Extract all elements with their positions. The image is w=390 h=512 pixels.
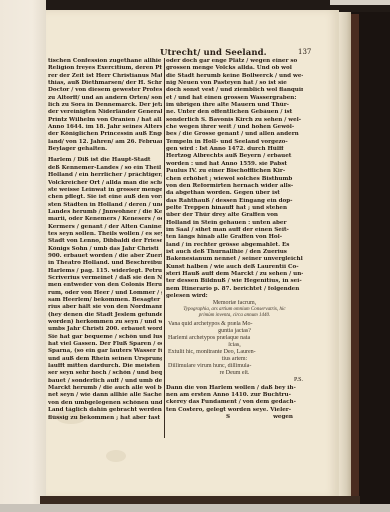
text-line: rer der Zeit ist Herr Christianus Mat-	[48, 73, 162, 80]
text-line: im Saal / sihet man auff der einen Seit-	[166, 227, 303, 234]
text-line: nen am ersten Anno 1410. zur Buchtru-	[166, 392, 303, 399]
epitaph-verse: Extulit hic, monſtrante Deo, Lauren-	[166, 349, 303, 356]
text-line: Doctor / von diesem gewester Professor	[48, 87, 162, 94]
text-line: worden : und hat Anno 1559. sie Pabst	[166, 161, 303, 168]
left-column: tischen Confession zugethane allhie ihre…	[48, 58, 162, 422]
epitaph-verse: guntia jactas?	[166, 328, 303, 335]
text-line: das Rahthauß / dessen Eingang ein dop-	[166, 198, 303, 205]
text-line: chen erhöhet ; wiewol solches Bisthumb	[166, 176, 303, 183]
text-line: pelte Treppen hinauff hat ; und stehen	[166, 205, 303, 212]
text-line: flüssig zu bekommen ; hat aber fast kein…	[48, 415, 162, 422]
text-line: Tempeln in Holl- und Seeland vorgezo-	[166, 139, 303, 146]
text-line: deß Kennemer-Landes / so ein Theil von	[48, 165, 162, 172]
text-line: doch sonst vest / und ziemblich wol flan…	[166, 87, 303, 94]
catchword: wegen	[273, 414, 293, 421]
epitaph-title: Memoriæ facrum,	[166, 300, 303, 307]
epitaph-verse: re Deum eſt.	[166, 370, 303, 377]
text-line: thias, auß Diethmarsen/ der H. Schrifft	[48, 80, 162, 87]
text-line: der Königlichen Princessin auß Engel-	[48, 131, 162, 138]
text-line: Printz Wilhelm von Oranien / hat allhie	[48, 117, 162, 124]
text-line: tes seyn sollen. Theils wollen / es seye…	[48, 231, 162, 238]
epitaph-verse: tius artem:	[166, 356, 303, 363]
catch-row: S wegen	[166, 414, 303, 421]
epitaph-subtitle: Typographia, ars artium omnium Conservat…	[166, 307, 303, 319]
text-line: umbs Jahr Christi 200. erbauet worden.	[48, 326, 162, 333]
text-line: Landes herumb / Jnnwohner / die Kene-	[48, 209, 162, 216]
text-line: sten Städten in Holland / deren / und de…	[48, 202, 162, 209]
text-line: gen wird : Ist Anno 1472. durch Hülff	[166, 146, 303, 153]
text-line: 900. erbauet worden / die aber Zuerius,	[48, 253, 162, 260]
text-line: Bakenesianum nennet / seiner unvergleich…	[166, 256, 303, 263]
text-line: Land täglich dahin gebracht werden / übe…	[48, 407, 162, 414]
text-line: steri Hauß auff dem Marckt / zu sehen / …	[166, 271, 303, 278]
text-line: ist auch deß Thurnallhie / den Zuerius	[166, 249, 303, 256]
text-line: bauet / sonderlich auff / und umb den	[48, 378, 162, 385]
book-cover-edge	[351, 14, 359, 500]
text-line: nig Neuen von Pasteyen hat / so ist sie	[166, 80, 303, 87]
closing-paragraph: Dann die von Harlem wollen / daß bey ih-…	[166, 385, 303, 414]
text-line: Holland in Stein gehauen : unten aber	[166, 220, 303, 227]
epitaph-verse: Vana quid archetypos & præla Mo-	[166, 321, 303, 328]
page-block-edge	[339, 12, 351, 498]
text-line: land / in rechter grösse abgemahlet. Es	[166, 242, 303, 249]
text-line: die Stadt herumb keine Bollwerck / und w…	[166, 73, 303, 80]
text-line: net seyn / wie dann allhie alle Sachen /…	[48, 392, 162, 399]
book-bottom-board	[40, 496, 360, 504]
text-line: Hertzog Albrechts auß Beyern / erbauet	[166, 153, 303, 160]
text-line: im übrigen ihre alte Mauern und Thür-	[166, 102, 303, 109]
right-column-body: oder doch gar enge Plätz / wegen einer s…	[166, 58, 303, 300]
text-line: Königs Sohn / umb das Jahr Christi	[48, 246, 162, 253]
text-line: zu Altorff/ und an andern Orten/ sonder-	[48, 95, 162, 102]
text-line: von den Reformirten hernach wider alls-	[166, 183, 303, 190]
text-line: Dann die von Harlem wollen / daß bey ih-	[166, 385, 303, 392]
text-line: lich zu Sora in Dennemarck. Der jetzige	[48, 102, 162, 109]
text-line: oder doch gar enge Plätz / wegen einer s…	[166, 58, 303, 65]
text-line: und auß dem Rhein seinen Ursprung hat/)	[48, 356, 162, 363]
text-line: men entweder von den Colonis Herulo-	[48, 282, 162, 289]
signature-mark: S	[226, 414, 230, 421]
text-line: land/ von 12. Jahren/ am 26. Februarij/	[48, 139, 162, 146]
text-line: worden) herkommen zu seyn / und will / d…	[48, 319, 162, 326]
running-head: Utrecht/ und Seeland.	[160, 48, 267, 58]
text-line: laufft mitten dardurch. Die meisten Häu-	[48, 363, 162, 370]
facing-page-edge	[0, 0, 46, 512]
text-line: Beylager gehalten.	[48, 146, 162, 153]
epitaph-signature: P.S.	[166, 377, 303, 384]
text-line: ste weisse Leinwat in grosser menge zu m…	[48, 187, 162, 194]
text-line: ten Costero, gelegt worden seye. Vieler-	[166, 407, 303, 414]
text-line: Scriverius vermeinet / daß sie den Na-	[48, 275, 162, 282]
text-line: Sparna, (so ein gar lauters Wasser führe…	[48, 348, 162, 355]
text-line: chen pflegt. Sie ist eine auß den vorneh…	[48, 194, 162, 201]
top-light	[330, 0, 390, 5]
text-line: Kermers / genant / der Alten Caninefa-	[48, 224, 162, 231]
text-line: der vereinigten Niderländer General/	[48, 109, 162, 116]
epitaph-verses: Vana quid archetypos & præla Mo-guntia j…	[166, 321, 303, 377]
text-line: sam Heerlem/ bekommen. Besagter Zue-	[48, 297, 162, 304]
text-line: da abgethan worden. Gegen über ist	[166, 190, 303, 197]
page-number: 137	[298, 48, 311, 56]
epitaph-verse: Diſſimulare virum hunc, diſſimula-	[166, 363, 303, 370]
text-line: ser seyn sehr hoch / schön / und bequem …	[48, 370, 162, 377]
text-line: Harlems / pag. 115. widerlegt. Petrus	[48, 268, 162, 275]
text-line: rius aber hält sie von den Nordmannen/	[48, 304, 162, 311]
surface	[0, 504, 390, 512]
text-line: Paulus IV. zu einer Bischofflichen Kir-	[166, 168, 303, 175]
text-line: Harlem / Diß ist die Haupt-Stadt	[48, 157, 162, 164]
epitaph-verse: Harlemi archetypos prælaque nata	[166, 335, 303, 342]
text-line: ter dessen Bildnuß / wie Hegenitius, in …	[166, 278, 303, 285]
text-line: Marckt herumb / die auch alle wol bewoh-	[48, 385, 162, 392]
text-line: Stadt von Lenno, Dibbaldi der Friesen	[48, 238, 162, 245]
text-line: in Theatro Holland. und Beschreibung	[48, 260, 162, 267]
column-rule	[164, 58, 165, 438]
epitaph-verse: ſcias,	[166, 342, 303, 349]
text-line: Holland / ein herrlicher / prächtiger/ u…	[48, 172, 162, 179]
text-line: che wegen ihrer weit / und hohen Gewöl-	[166, 124, 303, 131]
text-line: Volckreicher Ort / allda man die schön-	[48, 180, 162, 187]
text-line: Sie hat gar bequeme / schön und lustig /…	[48, 334, 162, 341]
text-line: hat viel Gassen. Der Fluß Sparen / oder	[48, 341, 162, 348]
text-line: ckerey das Fundament / von dem gedach-	[166, 399, 303, 406]
text-line: von den umbgelegenen schönen und ebnen	[48, 400, 162, 407]
text-line: ten längs hinab alle Graffen von Hol-	[166, 234, 303, 241]
text-line: Anno 1644. im 18. Jahr seines Alters/ mi…	[48, 124, 162, 131]
text-line: Kunst halben / wie auch deß Laurentii Co…	[166, 264, 303, 271]
text-line: nem Itinerario p. 87. berichtet / folgen…	[166, 286, 303, 293]
text-line: grossen menge Volcks allda. Und ob wol	[166, 65, 303, 72]
text-line: marii, oder Kenemers / Kenesers / oder	[48, 216, 162, 223]
text-line: rum, oder von Heer / und Lommer / gleich…	[48, 290, 162, 297]
text-line: ne. Unter den offentlichen Gebäuen / ist	[166, 109, 303, 116]
paper-stain	[106, 450, 126, 462]
text-line: tischen Confession zugethane allhie ihre…	[48, 58, 162, 65]
text-line: gelesen wird:	[166, 293, 303, 300]
epitaph: Memoriæ facrum, Typographia, ars artium …	[166, 300, 303, 377]
text-line: bes / die Grosse genant / und allen ande…	[166, 131, 303, 138]
text-line: et / und hat einen grossen Wassergraben:	[166, 95, 303, 102]
text-line: über der Thür drey alte Graffen von	[166, 212, 303, 219]
text-line: (hey denen die Stadt Jeslem gefunden	[48, 312, 162, 319]
right-column: oder doch gar enge Plätz / wegen einer s…	[166, 58, 303, 421]
text-line: Religion freyes Exercitium, deren Pfar-	[48, 65, 162, 72]
text-line: sonderlich S. Bavonis Kirch zu sehen / w…	[166, 117, 303, 124]
